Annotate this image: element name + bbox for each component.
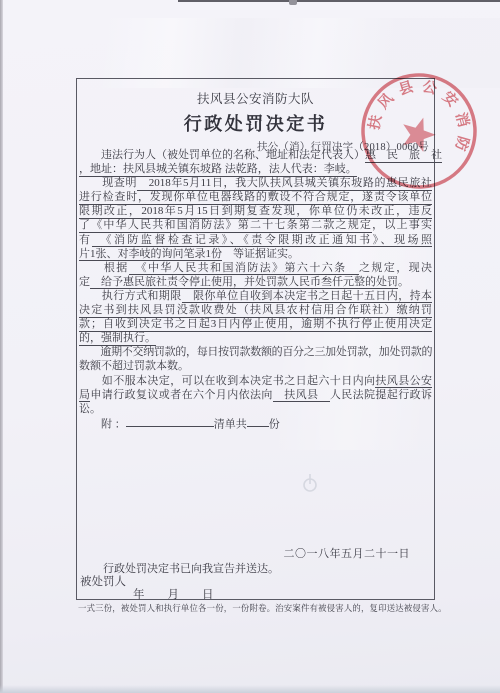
body-line: 限期改正，2018年5月15日到期复查发现，你单位仍未改正，违反 [79,204,432,218]
body-line: 附 ：清单共份 [79,416,432,430]
filled-in-text: 惠 民 旅 社 [365,149,442,163]
photo-top-edge [178,0,500,2]
form-text: 数额不超过罚款本数。 [79,360,189,372]
filled-in-text: 《消防监督检查记录》、《责令限期改正通知书》、现场照 [92,234,432,248]
form-text: 份 [269,418,280,430]
body-lines: 违法行为人（被处罚单位的名称、地址和法定代表人）惠 民 旅 社，地址：扶风县城关… [79,148,432,430]
document-title: 行政处罚决定书 [77,110,434,136]
document-border-box: 扶风县公安消防大队 行政处罚决定书 扶公（消）行罚决字（2018）0060号 违… [76,78,435,600]
copies-distribution-note: 一式三份，被处罚人和执行单位各一份，一份附卷。治安案件有被侵害人的，复印送达被侵… [78,602,436,614]
filled-in-text: 给予惠民旅社责令停止使用，并处罚款人民币叁仟元整的处罚 [90,276,398,290]
body-line: 逾期不交纳罚款的，每日按罚款数额的百分之三加处罚款，加处罚款的 [79,345,432,359]
body-line: 讼。 [79,402,432,416]
form-text: 之规定，现决 [359,262,432,274]
body-line: 定 给予惠民旅社责令停止使用，并处罚款人民币叁仟元整的处罚。 [79,275,432,289]
filled-in-text: 扶风县公安 [375,375,432,389]
form-text: 定 [79,276,90,288]
filled-in-text [247,416,269,428]
filled-in-text [126,416,214,428]
filled-in-text: 片1张、对李岐的询问笔录1份 [79,248,222,262]
body-line: 根据 《中华人民共和国消防法》第六十六条 之规定，现决 [79,261,432,275]
form-text: ，以上事实 [372,219,432,231]
filled-in-text: 进行检查时，发现你单位电器线路的敷设不符合规定，遂责令该单位 [79,191,432,205]
body-line: 如不服本决定，可以在收到本决定书之日起六十日内向扶风县公安 [79,374,432,388]
form-text: 如不服本决定，可以在收到本决定书之日起六十日内向 [79,375,375,387]
filled-in-text: 的，强制执行。 [79,332,156,346]
filled-in-text: 《中华人民共和国消防法》第六十六条 [129,262,359,276]
filled-in-text: 限期改正，2018年5月15日到期复查发现，你单位仍未改正，违反 [79,205,432,219]
form-text: 清单共 [214,418,247,430]
filled-in-text: ，地址：扶风县城关镇东坡路 法乾路，法人代表：李岐。 [79,163,357,177]
body-line: 现查明 2018年5月11日，我大队扶风县城关镇东坡路的惠民旅社 [79,176,432,190]
filled-in-text: 2018年5月11日，我大队扶风县城关镇东坡路的惠民旅社 [137,177,432,191]
sign-date-blank: 年 月 日 [133,586,214,602]
decision-date: 二〇一八年五月二十一日 [284,545,411,561]
body-line: 款；自收到决定书之日起3日内停止使用，逾期不执行停止使用决定 [79,317,432,331]
body-line: 进行检查时，发现你单位电器线路的敷设不符合规定，遂责令该单位 [79,190,432,204]
agency-name: 扶风县公安消防大队 [77,89,434,107]
filled-in-text: 局 [79,389,90,403]
form-text: 根据 [79,262,129,274]
form-text: 现查明 [79,177,137,189]
body-line: ，地址：扶风县城关镇东坡路 法乾路，法人代表：李岐。 [79,162,432,176]
document-photo: 扶风县公安消防大队 行政处罚决定书 扶公（消）行罚决字（2018）0060号 违… [0,0,500,693]
body-line: 违法行为人（被处罚单位的名称、地址和法定代表人）惠 民 旅 社 [79,148,432,162]
form-text: 执行方式和期限 [79,290,182,302]
body-line: 决定书到扶风县罚没款收费处（扶风县农村信用合作联社）缴纳罚 [79,303,432,317]
body-line: 数额不超过罚款本数。 [79,359,432,373]
body-line: 片1张、对李岐的询问笔录1份 等证据证实。 [79,247,432,261]
form-text: 逾期不交纳罚款的，每日按罚款数额的百分之三加处罚款，加处罚款的 [79,346,432,358]
filled-in-text: 了《中华人民共和国消防法》第二十七条第二款之规定 [79,219,372,233]
form-text: 违法行为人（被处罚单位的名称、地址和法定代表人） [79,149,365,161]
photo-top-notch [289,0,297,5]
body-line: 有 《消防监督检查记录》、《责令限期改正通知书》、现场照 [79,233,432,247]
form-text: 附 ： [79,418,126,430]
body-line: 执行方式和期限 限你单位自收到本决定书之日起十五日内，持本 [79,289,432,303]
delivery-statement: 行政处罚决定书已向我宣告并送达。 [103,560,279,576]
body-line: 局申请行政复议或者在六个月内依法向 扶风县 人民法院提起行政诉 [79,388,432,402]
body-line: 了《中华人民共和国消防法》第二十七条第二款之规定，以上事实 [79,218,432,232]
form-text: 人民法院提起行政诉 [330,389,432,401]
photo-bottom-edge [0,685,500,693]
photo-left-edge [0,0,3,693]
punished-person-label: 被处罚人 [80,573,126,589]
filled-in-text: 款；自收到决定书之日起3日内停止使用，逾期不执行停止使用决定 [79,318,432,332]
form-text: 申请行政复议或者在六个月内依法向 [90,389,272,401]
filled-in-text: 扶风县 [273,389,330,403]
body-line: 的，强制执行。 [79,331,432,345]
form-text: 等证据证实。 [222,248,299,260]
form-text: 有 [79,234,92,246]
form-text: 讼。 [79,403,101,415]
form-text: 。 [398,276,409,288]
filled-in-text: 限你单位自收到本决定书之日起十五日内，持本 [182,290,432,304]
filled-in-text: 决定书到扶风县罚没款收费处（扶风县农村信用合作联社）缴纳罚 [79,304,432,318]
